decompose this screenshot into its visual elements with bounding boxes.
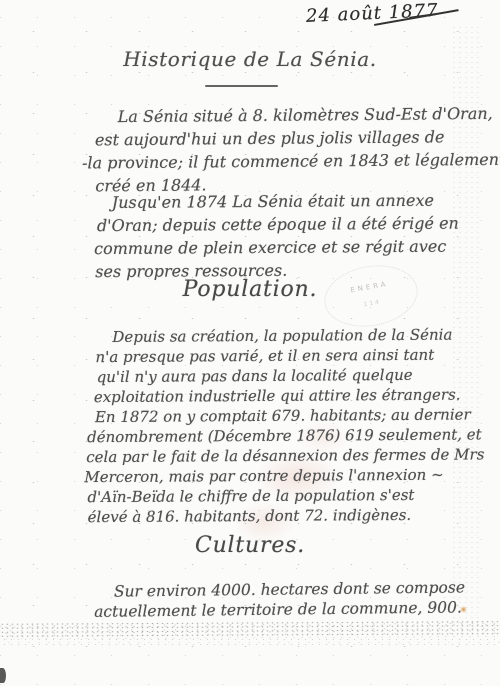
page-title: Historique de La Sénia. <box>0 47 500 71</box>
scanned-manuscript-page: 24 août 1877 Historique de La Sénia. La … <box>0 0 500 686</box>
manuscript-line: La Sénia situé à 8. kilomètres Sud-Est d… <box>118 102 500 128</box>
paragraph-population: Depuis sa création, la population de la … <box>0 324 500 527</box>
manuscript-line: En 1872 on y comptait 679. habitants; au… <box>95 404 500 427</box>
section-heading-cultures: Cultures. <box>0 533 500 558</box>
manuscript-line: -la province; il fut commencé en 1843 et… <box>82 148 500 175</box>
manuscript-line: Depuis sa création, la population de la … <box>112 324 499 347</box>
manuscript-line: d'Oran; depuis cette époque il a été éri… <box>97 211 500 237</box>
scan-edge-mark <box>0 668 6 683</box>
section-heading-population: Population. <box>0 277 500 302</box>
manuscript-line: élevé à 816. habitants, dont 72. indigèn… <box>88 504 500 527</box>
paragraph-cultures: Sur environ 4000. hectares dont se compo… <box>0 577 500 623</box>
manuscript-line: n'a presque pas varié, et il en sera ain… <box>95 344 499 367</box>
scan-noise-bottom-band-light <box>0 636 500 647</box>
paragraph-historique-1: La Sénia situé à 8. kilomètres Sud-Est d… <box>0 102 500 198</box>
manuscript-line: Merceron, mais par contre depuis l'annex… <box>84 464 500 487</box>
manuscript-line: qu'il n'y aura pas dans la localité quel… <box>97 364 500 387</box>
manuscript-line: commune de plein exercice et se régit av… <box>94 234 500 260</box>
paragraph-historique-2: Jusqu'en 1874 La Sénia était un annexe d… <box>0 188 500 283</box>
title-underline <box>205 85 278 87</box>
manuscript-line: exploitation industrielle qui attire les… <box>94 384 500 407</box>
manuscript-line: Jusqu'en 1874 La Sénia était un annexe <box>112 188 500 214</box>
